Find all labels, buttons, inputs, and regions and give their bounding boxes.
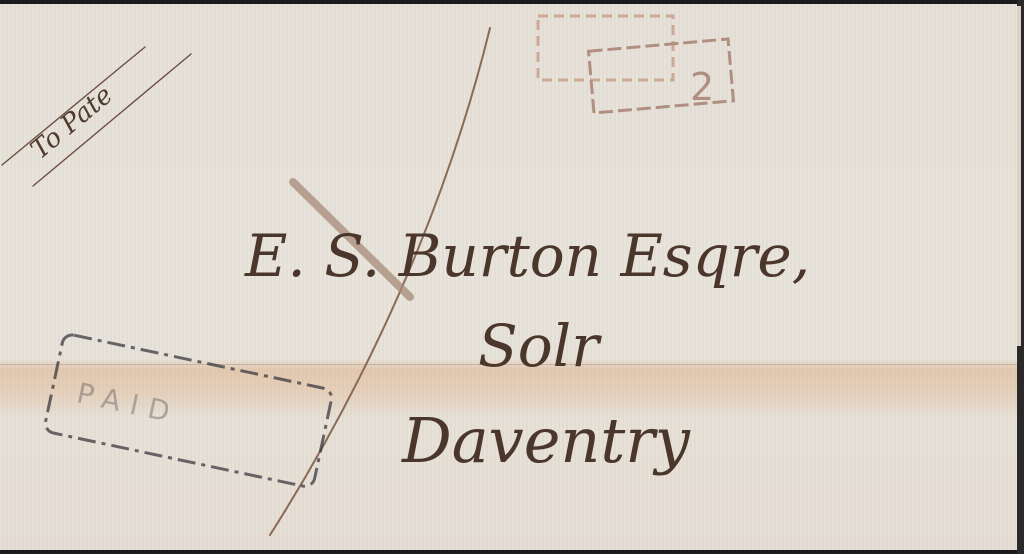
svg-text:PAID: PAID <box>74 376 183 430</box>
svg-text:2: 2 <box>690 65 714 109</box>
ink-layer: To Pate 2 PAID E. S. Burton Esqre, Solr … <box>0 0 1024 554</box>
top-red-handstamp: 2 <box>538 16 733 113</box>
address-block: E. S. Burton Esqre, Solr Daventry <box>244 222 810 477</box>
address-line-1: E. S. Burton Esqre, <box>244 222 810 290</box>
photo-stage: To Pate 2 PAID E. S. Burton Esqre, Solr … <box>0 0 1024 554</box>
annotation-to-pate: To Pate <box>2 47 191 186</box>
address-line-2: Solr <box>478 312 602 380</box>
address-line-3: Daventry <box>401 404 691 477</box>
bottom-left-black-handstamp: PAID <box>44 333 334 488</box>
